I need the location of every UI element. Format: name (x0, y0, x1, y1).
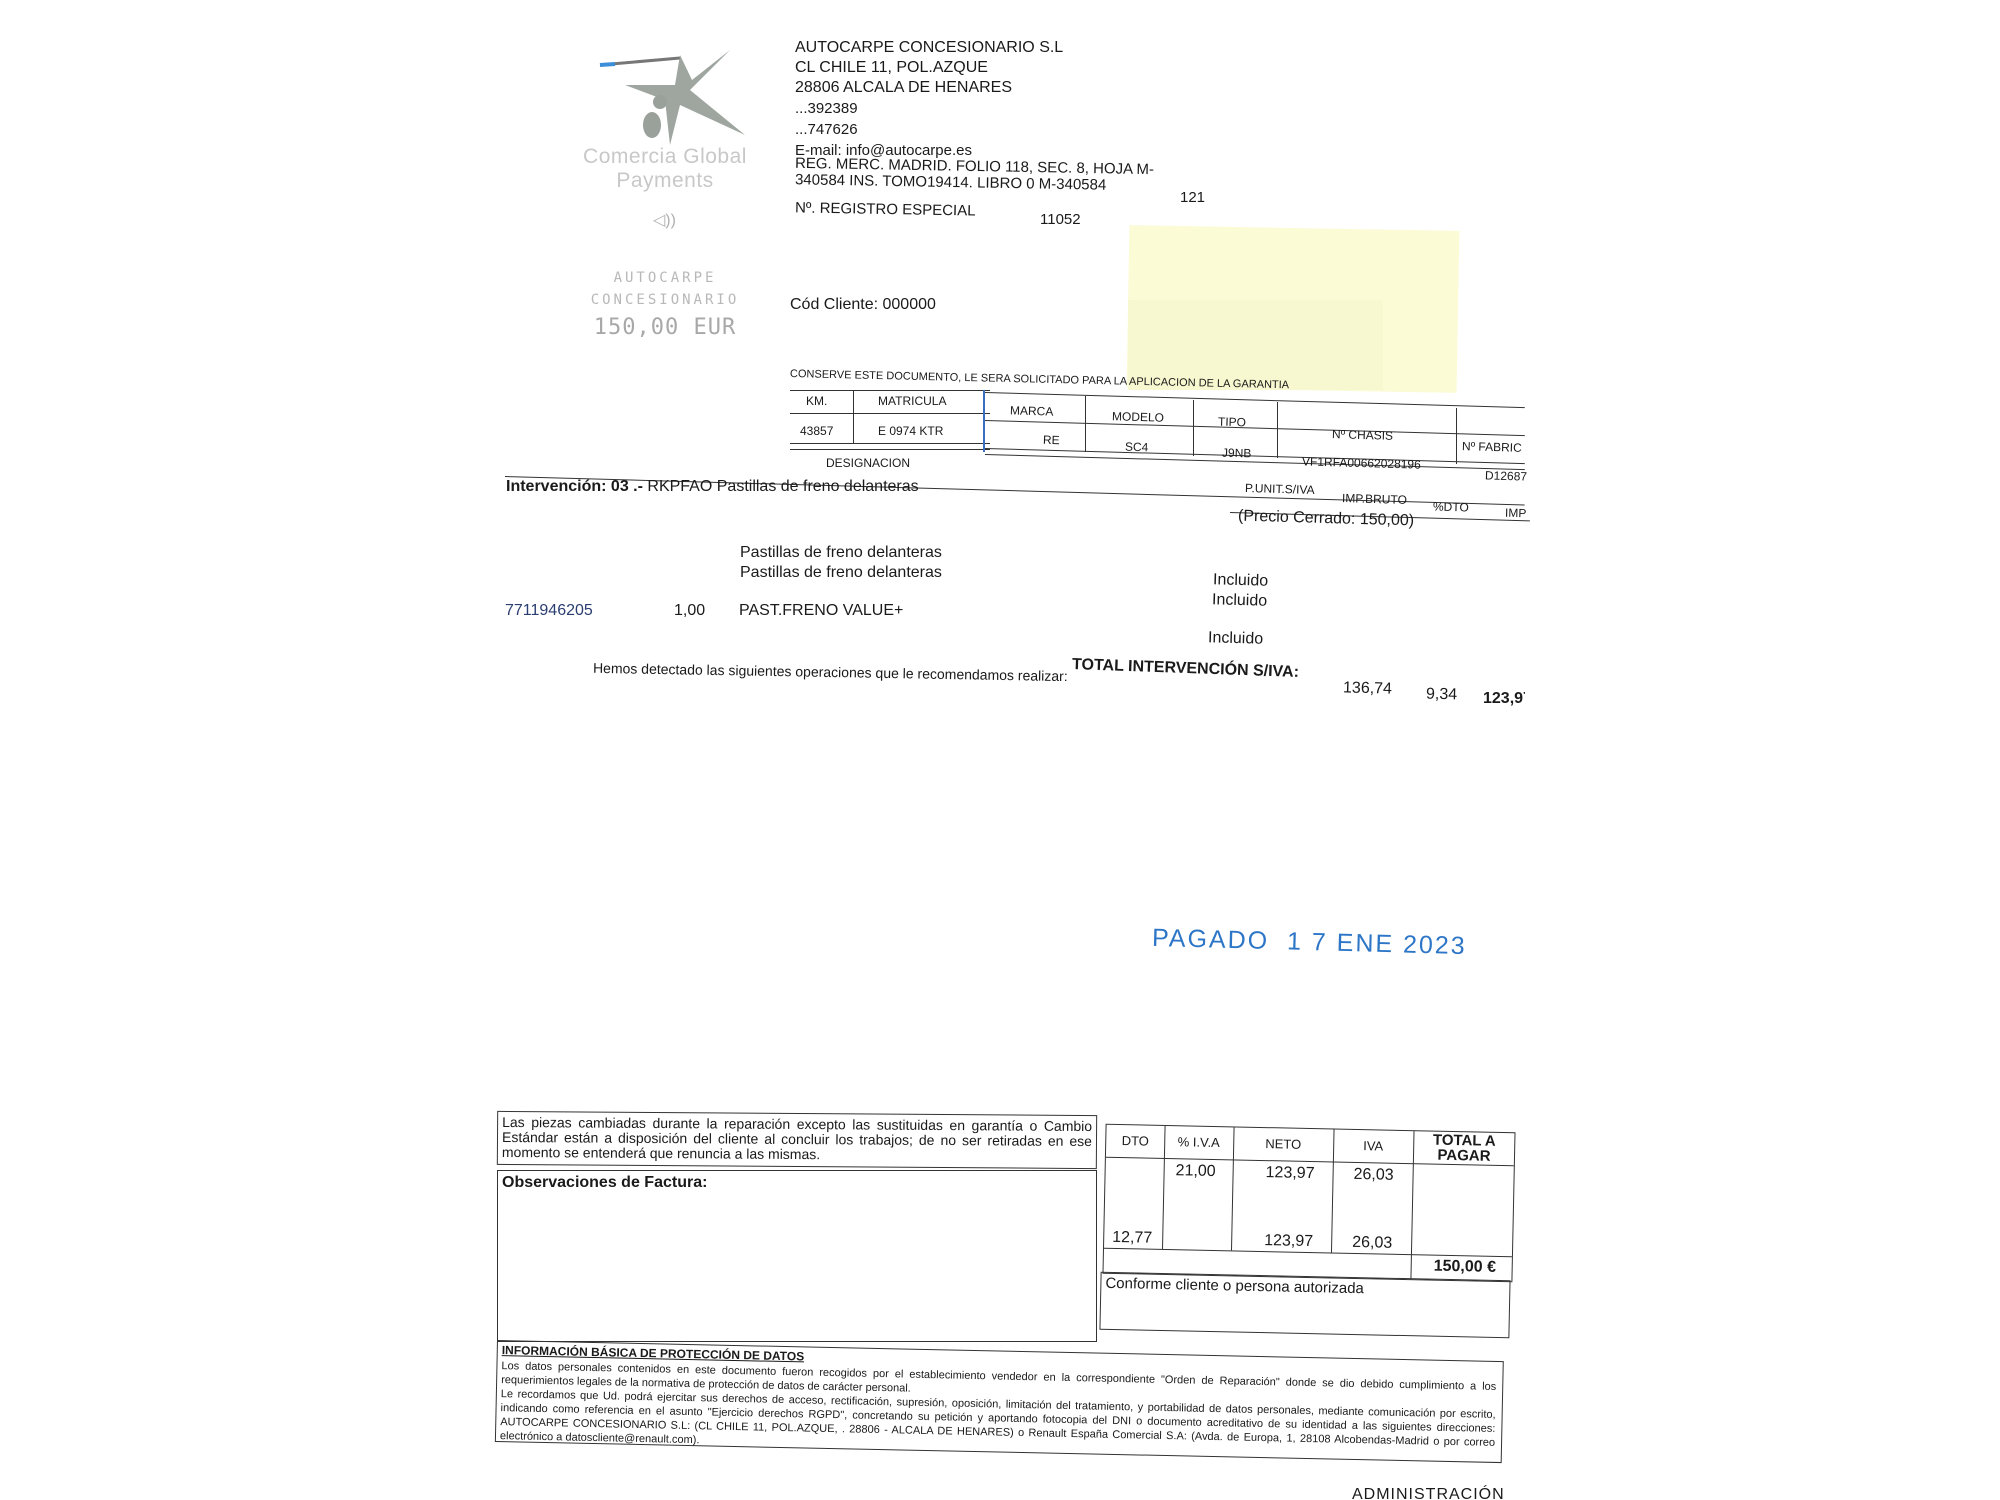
col-imp-bruto: IMP.BRUTO (1342, 491, 1407, 507)
intervention-header: Intervención: 03 .- RKPFAO Pastillas de … (506, 478, 919, 496)
line-3-qty: 1,00 (674, 602, 705, 620)
client-code-label: Cód Cliente: (790, 296, 878, 313)
parts-notice: Las piezas cambiadas durante la reparaci… (502, 1115, 1092, 1164)
totals-col-iva: IVA (1333, 1137, 1413, 1154)
val-tipo: J9NB (1222, 446, 1252, 461)
line-1-description: Pastillas de freno delanteras (740, 544, 942, 562)
row1-iva-pct: 21,00 (1175, 1162, 1215, 1181)
dealer-phone: ...392389 (795, 99, 858, 119)
col-marca: MARCA (1010, 403, 1054, 418)
col-punit: P.UNIT.S/IVA (1245, 481, 1315, 497)
intervention-number: 03 .- (611, 478, 643, 495)
registro-especial-value: 11052 (1040, 210, 1081, 230)
col-imp: IMP (1505, 506, 1527, 521)
observations-label: Observaciones de Factura: (502, 1174, 707, 1192)
footer-label: ADMINISTRACIÓN (1352, 1486, 1505, 1500)
row2-iva: 26,03 (1352, 1234, 1392, 1253)
col-km: KM. (806, 394, 827, 408)
line-3-ref: 7711946205 (505, 602, 593, 620)
card-payment-receipt: Comercia Global Payments ◁)) AUTOCARPE C… (540, 30, 790, 450)
paid-stamp: PAGADO 1 7 ENE 2023 (1152, 924, 1467, 961)
total-bruto: 136,74 (1343, 679, 1392, 698)
val-chasis: VF1RFA00662028196 (1302, 454, 1421, 471)
totals-col-total: TOTAL A PAGAR (1416, 1132, 1513, 1164)
row1-iva: 26,03 (1353, 1166, 1393, 1185)
intervention-description: RKPFAO Pastillas de freno delanteras (647, 478, 918, 495)
data-protection-box: INFORMACIÓN BÁSICA DE PROTECCIÓN DE DATO… (495, 1340, 1504, 1463)
registro-especial-label: Nº. REGISTRO ESPECIAL (795, 198, 976, 221)
col-dto: %DTO (1433, 500, 1469, 515)
paid-stamp-text: PAGADO (1152, 924, 1270, 955)
dealer-fax: ...747626 (795, 120, 858, 140)
merchant-line-2: CONCESIONARIO (540, 292, 790, 308)
line-3-description: PAST.FRENO VALUE+ (739, 602, 903, 620)
col-tipo: TIPO (1218, 415, 1246, 430)
col-chasis: Nº CHASIS (1332, 427, 1393, 443)
line-2-description: Pastillas de freno delanteras (740, 564, 942, 582)
total-imp: 123,97 (1483, 690, 1525, 708)
line-3-price: Incluido (1208, 629, 1264, 649)
col-fabric: Nº FABRIC (1462, 439, 1522, 455)
total-intervention-label: TOTAL INTERVENCIÓN S/IVA: (1072, 656, 1299, 682)
val-modelo: SC4 (1125, 440, 1149, 455)
total-dto: 9,34 (1426, 686, 1458, 705)
merchant-line-1: AUTOCARPE (540, 270, 790, 286)
col-modelo: MODELO (1112, 409, 1164, 424)
row2-dto: 12,77 (1112, 1229, 1152, 1248)
closed-price: (Precio Cerrado: 150,00) (1238, 508, 1415, 531)
line-1-price: Incluido (1213, 571, 1269, 591)
val-marca: RE (1043, 433, 1060, 447)
observations-box: Observaciones de Factura: (497, 1170, 1097, 1342)
bank-brand-text: Comercia Global Payments (540, 145, 790, 193)
totals-col-neto: NETO (1233, 1135, 1333, 1152)
val-matricula: E 0974 KTR (878, 424, 943, 438)
parts-notice-box: Las piezas cambiadas durante la reparaci… (497, 1111, 1097, 1169)
val-km: 43857 (800, 424, 833, 438)
dealer-name: AUTOCARPE CONCESIONARIO S.L (795, 38, 1063, 58)
paid-stamp-date: 1 7 ENE 2023 (1287, 927, 1467, 960)
totals-table: DTO % I.V.A NETO IVA TOTAL A PAGAR 21,00… (1102, 1124, 1515, 1283)
total-to-pay: 150,00 € (1434, 1258, 1497, 1277)
totals-col-iva-pct: % I.V.A (1164, 1134, 1233, 1150)
client-code: Cód Cliente: 000000 (790, 296, 936, 314)
col-matricula: MATRICULA (878, 394, 946, 408)
signature-label: Conforme cliente o persona autorizada (1105, 1275, 1364, 1297)
dealer-hoja-number: 121 (1180, 188, 1205, 208)
client-code-value: 000000 (883, 296, 936, 313)
bank-star-logo-icon (580, 40, 750, 150)
recommendation-text: Hemos detectado las siguientes operacion… (593, 661, 1073, 683)
dealer-registry-2: 340584 INS. TOMO19414. LIBRO 0 M-340584 (795, 170, 1107, 195)
dealer-city: 28806 ALCALA DE HENARES (795, 78, 1012, 98)
contactless-icon: ◁)) (653, 210, 676, 230)
dealer-address: CL CHILE 11, POL.AZQUE (795, 58, 988, 78)
intervention-label: Intervención: (506, 478, 606, 495)
row1-neto: 123,97 (1265, 1164, 1314, 1183)
row2-neto: 123,97 (1264, 1232, 1313, 1251)
totals-col-dto: DTO (1106, 1133, 1164, 1149)
col-designacion: DESIGNACION (826, 456, 910, 470)
line-2-price: Incluido (1212, 591, 1268, 611)
receipt-amount: 150,00 EUR (540, 315, 790, 340)
val-fabric: D12687 (1485, 468, 1527, 483)
signature-box: Conforme cliente o persona autorizada (1099, 1272, 1510, 1339)
